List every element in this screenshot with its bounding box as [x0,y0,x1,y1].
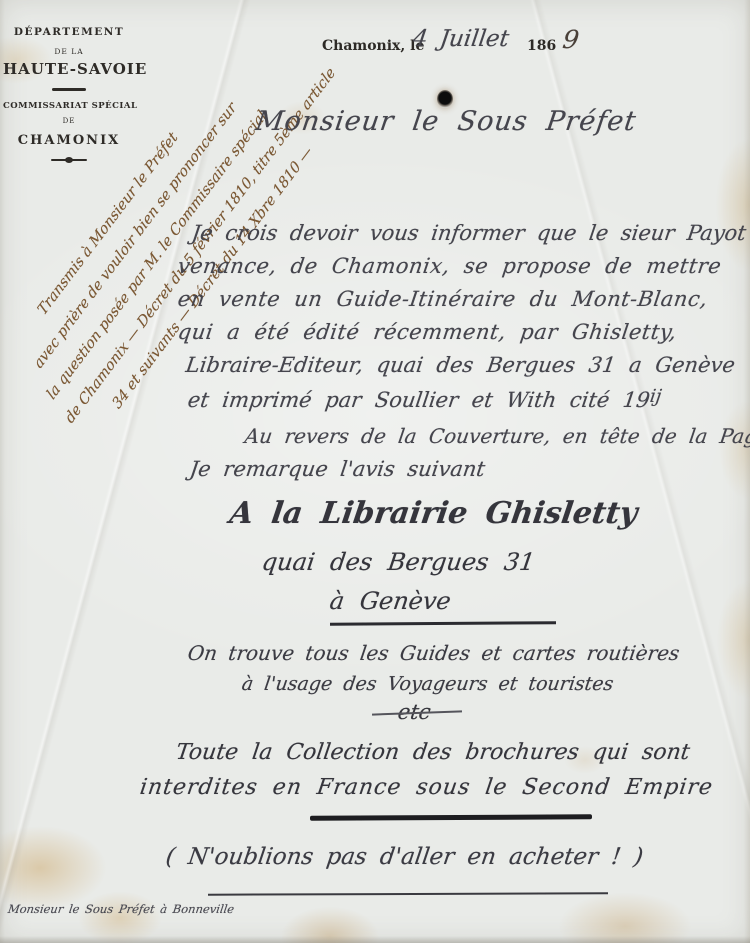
notice-line: Toute la Collection des brochures qui so… [174,740,691,765]
footer-docket-note: Monsieur le Sous Préfet à Bonneville [7,902,235,916]
body-line: et imprimé par Soullier et With cité 19 [186,388,651,412]
body-line: qui a été édité récemment, par Ghisletty… [176,320,678,344]
notice-city: à Genève [328,587,453,615]
underline-thick [310,814,592,820]
dateline-handwritten-year-digit: 9 [561,25,581,54]
notice-address: quai des Bergues 31 [260,548,537,576]
letterhead-haute-savoie: HAUTE-SAVOIE [3,60,135,78]
letterhead-commissariat: COMMISSARIAT SPÉCIAL [3,101,135,111]
letterhead-de-la: DE LA [3,47,135,56]
dateline-printed-year: 186 [527,38,556,54]
letterhead-ornament [51,159,87,161]
body-line: Libraire-Editeur, quai des Bergues 31 a … [184,353,736,377]
notice-line: à l'usage des Voyageurs et touristes [240,673,614,695]
letterhead-de: DE [3,117,135,125]
body-line: Je remarque l'avis suivant [188,457,486,481]
letterhead-divider [52,88,86,91]
body-line: Au revers de la Couverture, en tête de l… [243,424,750,448]
body-paraph-mark: ij [649,386,663,407]
letterhead-departement: DÉPARTEMENT [3,26,135,38]
dateline-handwritten-date: 4 Juillet [411,26,511,52]
salutation: Monsieur le Sous Préfet [254,106,639,137]
scanned-letter-page: DÉPARTEMENT DE LA HAUTE-SAVOIE COMMISSAR… [0,0,750,943]
letterhead-chamonix: CHAMONIX [3,133,135,148]
notice-librairie: A la Librairie Ghisletty [228,496,640,531]
body-line: Je crois devoir vous informer que le sie… [190,221,747,245]
underline-geneve [330,621,556,625]
closing-remark: ( N'oublions pas d'aller en acheter ! ) [164,844,645,870]
body-line: en vente un Guide-Itinéraire du Mont-Bla… [176,287,709,311]
underline-closing [208,892,608,895]
body-line: venance, de Chamonix, se propose de mett… [176,254,723,278]
dateline-printed-prefix: Chamonix, le [322,38,424,54]
notice-line: interdites en France sous le Second Empi… [138,775,714,800]
notice-line: On trouve tous les Guides et cartes rout… [186,641,681,665]
